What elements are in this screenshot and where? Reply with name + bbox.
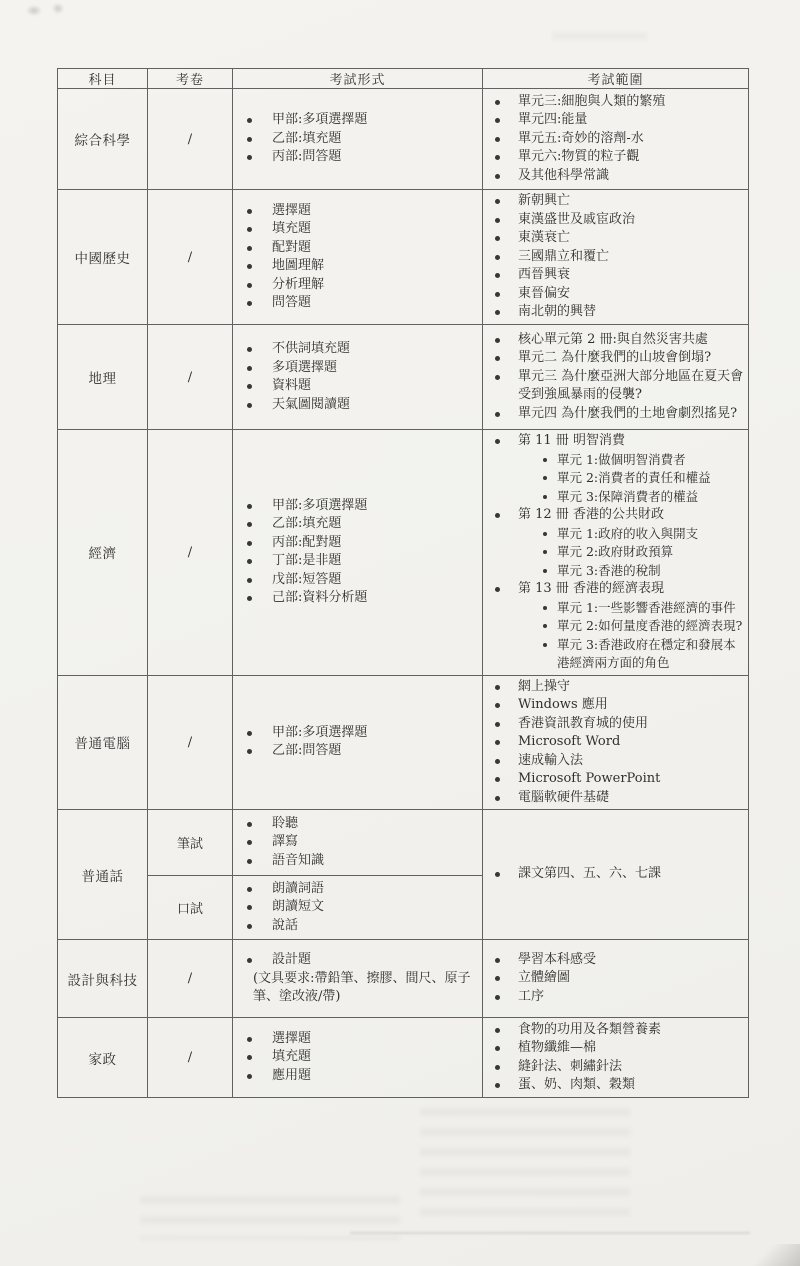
bullet-icon <box>543 550 547 554</box>
table-row: 普通話筆試聆聽譯寫語音知識課文第四、五、六、七課 <box>58 810 749 876</box>
bullet-icon <box>247 209 252 214</box>
table-row: 中國歷史/選擇題填充題配對題地圖理解分析理解問答題新朝興亡東漢盛世及戚宦政治東漢… <box>58 190 749 325</box>
bullet-icon <box>247 1055 252 1060</box>
bullet-icon <box>495 703 500 708</box>
format-item-label: 選擇題 <box>272 202 480 221</box>
bullet-icon <box>247 504 252 509</box>
subject-cell: 經濟 <box>58 430 148 676</box>
format-item-label: 乙部:填充題 <box>272 130 480 149</box>
scope-sub-item-label: 單元 3:香港的稅制 <box>557 562 661 581</box>
bleed-through-artifact <box>552 32 647 46</box>
scope-item-label: 西晉興衰 <box>518 266 746 285</box>
scope-item: 單元五:奇妙的溶劑-水 <box>495 130 746 149</box>
bullet-icon <box>495 356 500 361</box>
scope-list: 核心單元第 2 冊:與自然災害共處單元二 為什麼我們的山坡會倒塌?單元三 為什麼… <box>483 329 748 426</box>
column-header-scope: 考試範圍 <box>483 69 749 89</box>
bullet-icon <box>247 859 252 864</box>
bullet-icon <box>543 569 547 573</box>
scope-item-label: 電腦軟硬件基礎 <box>518 789 746 808</box>
table-row: 設計與科技/設計題(文具要求:帶鉛筆、擦膠、間尺、原子筆、塗改液/帶)學習本科感… <box>58 940 749 1018</box>
scope-item-label: 蛋、奶、肉類、穀類 <box>518 1076 746 1095</box>
scope-cell: 學習本科感受立體繪圖工序 <box>483 940 749 1018</box>
format-list: 朗讀詞語朗讀短文說話 <box>233 878 482 938</box>
scanned-page: 科目 考卷 考試形式 考試範圍 綜合科學/甲部:多項選擇題乙部:填充題丙部:問答… <box>0 0 800 1266</box>
format-item-label: 配對題 <box>272 239 480 258</box>
bullet-icon <box>247 887 252 892</box>
format-item: 乙部:填充題 <box>247 130 480 149</box>
format-item-label: 填充題 <box>272 220 480 239</box>
bullet-icon <box>495 587 500 592</box>
bullet-icon <box>247 301 252 306</box>
scope-item-label: 東晉偏安 <box>518 285 746 304</box>
bullet-icon <box>247 384 252 389</box>
scope-sub-item: 單元 2:政府財政預算 <box>543 543 746 562</box>
table-row: 普通電腦/甲部:多項選擇題乙部:問答題網上操守Windows 應用香港資訊教育城… <box>58 675 749 810</box>
format-item-label: 天氣圖閱讀題 <box>272 396 480 415</box>
bullet-icon <box>247 596 252 601</box>
bullet-icon <box>495 218 500 223</box>
format-item-label: 譯寫 <box>272 833 480 852</box>
format-cell: 朗讀詞語朗讀短文說話 <box>233 876 483 940</box>
column-header-format: 考試形式 <box>233 69 483 89</box>
bullet-icon <box>495 976 500 981</box>
format-item-label: 甲部:多項選擇題 <box>272 724 480 743</box>
paper-cell: / <box>148 1018 233 1098</box>
scope-item-label: 速成輸入法 <box>518 752 746 771</box>
scope-item: Microsoft Word <box>495 733 746 752</box>
scope-item: 工序 <box>495 988 746 1007</box>
bullet-icon <box>247 822 252 827</box>
format-item: 應用題 <box>247 1067 480 1086</box>
paper-cell: / <box>148 89 233 190</box>
scope-item-label: 學習本科感受 <box>518 951 746 970</box>
scope-item-label: 三國鼎立和覆亡 <box>518 248 746 267</box>
scope-sub-item: 單元 1:一些影響香港經濟的事件 <box>543 599 746 618</box>
bullet-icon <box>247 731 252 736</box>
scope-item: 食物的功用及各類營養素 <box>495 1021 746 1040</box>
bullet-icon <box>495 995 500 1000</box>
scope-item-label: 課文第四、五、六、七課 <box>518 865 746 884</box>
scope-item-label: Windows 應用 <box>518 696 746 715</box>
format-item-label: 丙部:問答題 <box>272 148 480 167</box>
bullet-icon <box>543 476 547 480</box>
scope-item-label: 香港資訊教育城的使用 <box>518 715 746 734</box>
bullet-icon <box>495 1083 500 1088</box>
scope-item: 單元三 為什麼亞洲大部分地區在夏天會受到強風暴雨的侵襲? <box>495 368 746 405</box>
format-item-label: 選擇題 <box>272 1030 480 1049</box>
scope-item: 東漢盛世及戚宦政治 <box>495 211 746 230</box>
scope-item: 南北朝的興替 <box>495 303 746 322</box>
bullet-icon <box>543 458 547 462</box>
bullet-icon <box>247 366 252 371</box>
scope-item-label: 核心單元第 2 冊:與自然災害共處 <box>518 331 746 350</box>
scope-sub-item: 單元 2:如何量度香港的經濟表現? <box>543 617 746 636</box>
format-item: 丙部:配對題 <box>247 534 480 553</box>
bullet-icon <box>247 578 252 583</box>
subject-cell: 中國歷史 <box>58 190 148 325</box>
scope-sub-item-label: 單元 1:一些影響香港經濟的事件 <box>557 599 736 618</box>
scope-item-label: 單元五:奇妙的溶劑-水 <box>518 130 746 149</box>
scope-item-label: 單元六:物質的粒子觀 <box>518 148 746 167</box>
subject-cell: 地理 <box>58 325 148 430</box>
bullet-icon <box>247 1037 252 1042</box>
scope-sub-item: 單元 3:保障消費者的權益 <box>543 488 746 507</box>
scope-item-label: 立體繪圖 <box>518 969 746 988</box>
format-item: 乙部:問答題 <box>247 742 480 761</box>
scope-list: 網上操守Windows 應用香港資訊教育城的使用Microsoft Word速成… <box>483 676 748 810</box>
format-item: 甲部:多項選擇題 <box>247 111 480 130</box>
format-item: 問答題 <box>247 294 480 313</box>
scope-item-label: 單元四:能量 <box>518 111 746 130</box>
format-item: 語音知識 <box>247 852 480 871</box>
scope-list: 課文第四、五、六、七課 <box>483 863 748 886</box>
scope-list: 學習本科感受立體繪圖工序 <box>483 949 748 1009</box>
scope-list: 新朝興亡東漢盛世及戚宦政治東漢衰亡三國鼎立和覆亡西晉興衰東晉偏安南北朝的興替 <box>483 190 748 324</box>
bullet-icon <box>495 872 500 877</box>
scope-group-title-label: 第 13 冊 香港的經濟表現 <box>518 580 746 599</box>
paper-cell: 筆試 <box>148 810 233 876</box>
format-item-label: 朗讀詞語 <box>272 880 480 899</box>
bullet-icon <box>495 796 500 801</box>
bullet-icon <box>495 777 500 782</box>
scope-item-label: 單元二 為什麼我們的山坡會倒塌? <box>518 349 746 368</box>
scope-list: 單元三:細胞與人類的繁殖單元四:能量單元五:奇妙的溶劑-水單元六:物質的粒子觀及… <box>483 91 748 188</box>
bullet-icon <box>247 559 252 564</box>
format-item-label: 語音知識 <box>272 852 480 871</box>
format-list: 設計題(文具要求:帶鉛筆、擦膠、間尺、原子筆、塗改液/帶) <box>233 949 482 1008</box>
page-edge-shadow <box>740 1244 800 1266</box>
bullet-icon <box>495 236 500 241</box>
format-item: 己部:資料分析題 <box>247 589 480 608</box>
bleed-through-line <box>350 1232 750 1234</box>
format-list: 選擇題填充題應用題 <box>233 1028 482 1088</box>
bullet-icon <box>495 118 500 123</box>
scope-sub-item: 單元 1:政府的收入與開支 <box>543 525 746 544</box>
scope-item-label: Microsoft PowerPoint <box>518 770 746 789</box>
format-cell: 選擇題填充題配對題地圖理解分析理解問答題 <box>233 190 483 325</box>
scope-item: 香港資訊教育城的使用 <box>495 715 746 734</box>
bullet-icon <box>247 137 252 142</box>
paper-cell: 口試 <box>148 876 233 940</box>
format-item-label: 丙部:配對題 <box>272 534 480 553</box>
scope-item-label: 縫針法、刺繡針法 <box>518 1058 746 1077</box>
bullet-icon <box>495 1065 500 1070</box>
format-item: 甲部:多項選擇題 <box>247 724 480 743</box>
bullet-icon <box>247 749 252 754</box>
scope-item: 單元四:能量 <box>495 111 746 130</box>
subject-cell: 綜合科學 <box>58 89 148 190</box>
scope-item-label: 單元三:細胞與人類的繁殖 <box>518 93 746 112</box>
scope-cell: 網上操守Windows 應用香港資訊教育城的使用Microsoft Word速成… <box>483 675 749 810</box>
format-item-label: 填充題 <box>272 1048 480 1067</box>
format-item: 填充題 <box>247 220 480 239</box>
paper-cell: / <box>148 675 233 810</box>
scope-item: 植物纖維—棉 <box>495 1039 746 1058</box>
stationery-note: (文具要求:帶鉛筆、擦膠、間尺、原子筆、塗改液/帶) <box>247 970 480 1006</box>
scope-item: 核心單元第 2 冊:與自然災害共處 <box>495 331 746 350</box>
format-item: 資料題 <box>247 377 480 396</box>
scope-cell: 食物的功用及各類營養素植物纖維—棉縫針法、刺繡針法蛋、奶、肉類、穀類 <box>483 1018 749 1098</box>
bullet-icon <box>543 606 547 610</box>
scope-item: 立體繪圖 <box>495 969 746 988</box>
paper-cell: / <box>148 325 233 430</box>
scope-item-label: 網上操守 <box>518 678 746 697</box>
exam-table-body: 綜合科學/甲部:多項選擇題乙部:填充題丙部:問答題單元三:細胞與人類的繁殖單元四… <box>58 89 749 1098</box>
scope-item: 課文第四、五、六、七課 <box>495 865 746 884</box>
bullet-icon <box>247 958 252 963</box>
bullet-icon <box>543 624 547 628</box>
subject-cell: 普通話 <box>58 810 148 940</box>
format-item-label: 乙部:填充題 <box>272 515 480 534</box>
subject-cell: 普通電腦 <box>58 675 148 810</box>
bullet-icon <box>495 513 500 518</box>
bullet-icon <box>247 924 252 929</box>
format-item: 乙部:填充題 <box>247 515 480 534</box>
scope-item: 東晉偏安 <box>495 285 746 304</box>
format-item-label: 問答題 <box>272 294 480 313</box>
format-list: 選擇題填充題配對題地圖理解分析理解問答題 <box>233 200 482 315</box>
format-item: 丙部:問答題 <box>247 148 480 167</box>
format-item-label: 地圖理解 <box>272 257 480 276</box>
format-cell: 甲部:多項選擇題乙部:問答題 <box>233 675 483 810</box>
bleed-through-artifact <box>420 1108 630 1218</box>
scope-group-title: 第 13 冊 香港的經濟表現 <box>495 580 746 599</box>
column-header-paper: 考卷 <box>148 69 233 89</box>
format-item: 多項選擇題 <box>247 359 480 378</box>
format-list: 聆聽譯寫語音知識 <box>233 813 482 873</box>
bullet-icon <box>543 532 547 536</box>
scope-item: 縫針法、刺繡針法 <box>495 1058 746 1077</box>
bullet-icon <box>543 643 547 647</box>
bullet-icon <box>495 958 500 963</box>
bullet-icon <box>247 264 252 269</box>
exam-schedule-table: 科目 考卷 考試形式 考試範圍 綜合科學/甲部:多項選擇題乙部:填充題丙部:問答… <box>57 68 749 1098</box>
scope-sub-item-label: 單元 3:香港政府在穩定和發展本港經濟兩方面的角色 <box>557 636 746 673</box>
bullet-icon <box>495 199 500 204</box>
pen-smudge <box>26 5 42 16</box>
format-cell: 不供詞填充題多項選擇題資料題天氣圖閱讀題 <box>233 325 483 430</box>
scope-sub-item-label: 單元 2:如何量度香港的經濟表現? <box>557 617 742 636</box>
scope-group-title-label: 第 11 冊 明智消費 <box>518 432 746 451</box>
format-item: 說話 <box>247 917 480 936</box>
bullet-icon <box>247 155 252 160</box>
format-item: 譯寫 <box>247 833 480 852</box>
scope-item: Windows 應用 <box>495 696 746 715</box>
table-row: 家政/選擇題填充題應用題食物的功用及各類營養素植物纖維—棉縫針法、刺繡針法蛋、奶… <box>58 1018 749 1098</box>
scope-group-title: 第 12 冊 香港的公共財政 <box>495 506 746 525</box>
format-item-label: 分析理解 <box>272 276 480 295</box>
format-item: 甲部:多項選擇題 <box>247 497 480 516</box>
bullet-icon <box>495 1028 500 1033</box>
bullet-icon <box>495 375 500 380</box>
format-item: 分析理解 <box>247 276 480 295</box>
format-item: 戊部:短答題 <box>247 571 480 590</box>
bullet-icon <box>495 439 500 444</box>
bullet-icon <box>247 522 252 527</box>
format-item-label: 應用題 <box>272 1067 480 1086</box>
format-item-label: 戊部:短答題 <box>272 571 480 590</box>
format-cell: 設計題(文具要求:帶鉛筆、擦膠、間尺、原子筆、塗改液/帶) <box>233 940 483 1018</box>
format-item-label: 己部:資料分析題 <box>272 589 480 608</box>
scope-group-title: 第 11 冊 明智消費 <box>495 432 746 451</box>
scope-item-label: 新朝興亡 <box>518 192 746 211</box>
format-item: 丁部:是非題 <box>247 552 480 571</box>
scope-sub-item-label: 單元 2:政府財政預算 <box>557 543 673 562</box>
format-item-label: 朗讀短文 <box>272 898 480 917</box>
bleed-through-artifact <box>140 1196 400 1240</box>
scope-item: 三國鼎立和覆亡 <box>495 248 746 267</box>
scope-sub-item: 單元 3:香港政府在穩定和發展本港經濟兩方面的角色 <box>543 636 746 673</box>
scope-item-label: 工序 <box>518 988 746 1007</box>
scope-item: 及其他科學常識 <box>495 167 746 186</box>
subject-cell: 家政 <box>58 1018 148 1098</box>
scope-sub-item-label: 單元 2:消費者的責任和權益 <box>557 469 711 488</box>
bullet-icon <box>495 722 500 727</box>
scope-item: 單元四 為什麼我們的土地會劇烈搖晃? <box>495 405 746 424</box>
scope-item: 單元二 為什麼我們的山坡會倒塌? <box>495 349 746 368</box>
scope-item: 東漢衰亡 <box>495 229 746 248</box>
bullet-icon <box>495 273 500 278</box>
format-list: 甲部:多項選擇題乙部:問答題 <box>233 722 482 763</box>
scope-item: 新朝興亡 <box>495 192 746 211</box>
scope-cell: 課文第四、五、六、七課 <box>483 810 749 940</box>
scope-item-label: 南北朝的興替 <box>518 303 746 322</box>
scope-sub-item-label: 單元 1:做個明智消費者 <box>557 451 686 470</box>
scope-list: 第 11 冊 明智消費單元 1:做個明智消費者單元 2:消費者的責任和權益單元 … <box>483 430 748 675</box>
subject-cell: 設計與科技 <box>58 940 148 1018</box>
bullet-icon <box>247 1074 252 1079</box>
format-cell: 聆聽譯寫語音知識 <box>233 810 483 876</box>
bullet-icon <box>495 740 500 745</box>
bullet-icon <box>495 292 500 297</box>
scope-item: 西晉興衰 <box>495 266 746 285</box>
scope-item-label: 東漢盛世及戚宦政治 <box>518 211 746 230</box>
bullet-icon <box>247 347 252 352</box>
scope-item-label: 單元三 為什麼亞洲大部分地區在夏天會受到強風暴雨的侵襲? <box>518 368 746 405</box>
format-item: 設計題 <box>247 951 480 970</box>
format-item-label: 資料題 <box>272 377 480 396</box>
paper-cell: / <box>148 430 233 676</box>
format-item-label: 說話 <box>272 917 480 936</box>
table-row: 地理/不供詞填充題多項選擇題資料題天氣圖閱讀題核心單元第 2 冊:與自然災害共處… <box>58 325 749 430</box>
pen-smudge <box>52 3 64 14</box>
format-item-label: 不供詞填充題 <box>272 340 480 359</box>
bullet-icon <box>495 759 500 764</box>
scope-cell: 新朝興亡東漢盛世及戚宦政治東漢衰亡三國鼎立和覆亡西晉興衰東晉偏安南北朝的興替 <box>483 190 749 325</box>
bullet-icon <box>247 840 252 845</box>
scope-sub-item: 單元 2:消費者的責任和權益 <box>543 469 746 488</box>
format-item: 朗讀詞語 <box>247 880 480 899</box>
column-header-subject: 科目 <box>58 69 148 89</box>
scope-item: 單元三:細胞與人類的繁殖 <box>495 93 746 112</box>
bullet-icon <box>247 905 252 910</box>
format-cell: 選擇題填充題應用題 <box>233 1018 483 1098</box>
scope-cell: 單元三:細胞與人類的繁殖單元四:能量單元五:奇妙的溶劑-水單元六:物質的粒子觀及… <box>483 89 749 190</box>
scope-item-label: 及其他科學常識 <box>518 167 746 186</box>
bullet-icon <box>247 118 252 123</box>
bullet-icon <box>247 227 252 232</box>
format-cell: 甲部:多項選擇題乙部:填充題丙部:問答題 <box>233 89 483 190</box>
scope-item-label: Microsoft Word <box>518 733 746 752</box>
format-item-label: 乙部:問答題 <box>272 742 480 761</box>
format-cell: 甲部:多項選擇題乙部:填充題丙部:配對題丁部:是非題戊部:短答題己部:資料分析題 <box>233 430 483 676</box>
format-item-label: 設計題 <box>272 951 480 970</box>
scope-item-label: 植物纖維—棉 <box>518 1039 746 1058</box>
scope-item-label: 食物的功用及各類營養素 <box>518 1021 746 1040</box>
scope-item: 蛋、奶、肉類、穀類 <box>495 1076 746 1095</box>
bullet-icon <box>495 1046 500 1051</box>
bullet-icon <box>495 685 500 690</box>
bullet-icon <box>495 100 500 105</box>
scope-item: 速成輸入法 <box>495 752 746 771</box>
scope-sub-item-label: 單元 3:保障消費者的權益 <box>557 488 698 507</box>
scope-item: 網上操守 <box>495 678 746 697</box>
bullet-icon <box>247 283 252 288</box>
bullet-icon <box>495 174 500 179</box>
bullet-icon <box>495 310 500 315</box>
header-row: 科目 考卷 考試形式 考試範圍 <box>58 69 749 89</box>
bullet-icon <box>543 495 547 499</box>
format-item-label: 聆聽 <box>272 815 480 834</box>
format-list: 甲部:多項選擇題乙部:填充題丙部:配對題丁部:是非題戊部:短答題己部:資料分析題 <box>233 495 482 610</box>
bullet-icon <box>495 155 500 160</box>
format-item: 選擇題 <box>247 202 480 221</box>
scope-item: 單元六:物質的粒子觀 <box>495 148 746 167</box>
format-item: 選擇題 <box>247 1030 480 1049</box>
bullet-icon <box>495 338 500 343</box>
bullet-icon <box>495 137 500 142</box>
paper-cell: / <box>148 190 233 325</box>
scope-group-title-label: 第 12 冊 香港的公共財政 <box>518 506 746 525</box>
bullet-icon <box>247 541 252 546</box>
bullet-icon <box>495 412 500 417</box>
scope-list: 食物的功用及各類營養素植物纖維—棉縫針法、刺繡針法蛋、奶、肉類、穀類 <box>483 1019 748 1097</box>
format-item-label: 甲部:多項選擇題 <box>272 497 480 516</box>
scope-sub-item-label: 單元 1:政府的收入與開支 <box>557 525 698 544</box>
scope-item-label: 單元四 為什麼我們的土地會劇烈搖晃? <box>518 405 746 424</box>
format-item: 聆聽 <box>247 815 480 834</box>
format-item-label: 甲部:多項選擇題 <box>272 111 480 130</box>
bullet-icon <box>247 246 252 251</box>
format-item: 天氣圖閱讀題 <box>247 396 480 415</box>
format-item: 不供詞填充題 <box>247 340 480 359</box>
scope-item: Microsoft PowerPoint <box>495 770 746 789</box>
bullet-icon <box>247 403 252 408</box>
scope-item: 電腦軟硬件基礎 <box>495 789 746 808</box>
format-item: 地圖理解 <box>247 257 480 276</box>
format-item: 配對題 <box>247 239 480 258</box>
format-item-label: 多項選擇題 <box>272 359 480 378</box>
bullet-icon <box>495 255 500 260</box>
format-item: 朗讀短文 <box>247 898 480 917</box>
scope-cell: 核心單元第 2 冊:與自然災害共處單元二 為什麼我們的山坡會倒塌?單元三 為什麼… <box>483 325 749 430</box>
scope-sub-item: 單元 1:做個明智消費者 <box>543 451 746 470</box>
scope-item: 學習本科感受 <box>495 951 746 970</box>
scope-cell: 第 11 冊 明智消費單元 1:做個明智消費者單元 2:消費者的責任和權益單元 … <box>483 430 749 676</box>
scope-item-label: 東漢衰亡 <box>518 229 746 248</box>
format-item-label: 丁部:是非題 <box>272 552 480 571</box>
format-item: 填充題 <box>247 1048 480 1067</box>
scope-sub-item: 單元 3:香港的稅制 <box>543 562 746 581</box>
table-row: 經濟/甲部:多項選擇題乙部:填充題丙部:配對題丁部:是非題戊部:短答題己部:資料… <box>58 430 749 676</box>
format-list: 不供詞填充題多項選擇題資料題天氣圖閱讀題 <box>233 338 482 416</box>
table-row: 綜合科學/甲部:多項選擇題乙部:填充題丙部:問答題單元三:細胞與人類的繁殖單元四… <box>58 89 749 190</box>
format-list: 甲部:多項選擇題乙部:填充題丙部:問答題 <box>233 109 482 169</box>
paper-cell: / <box>148 940 233 1018</box>
